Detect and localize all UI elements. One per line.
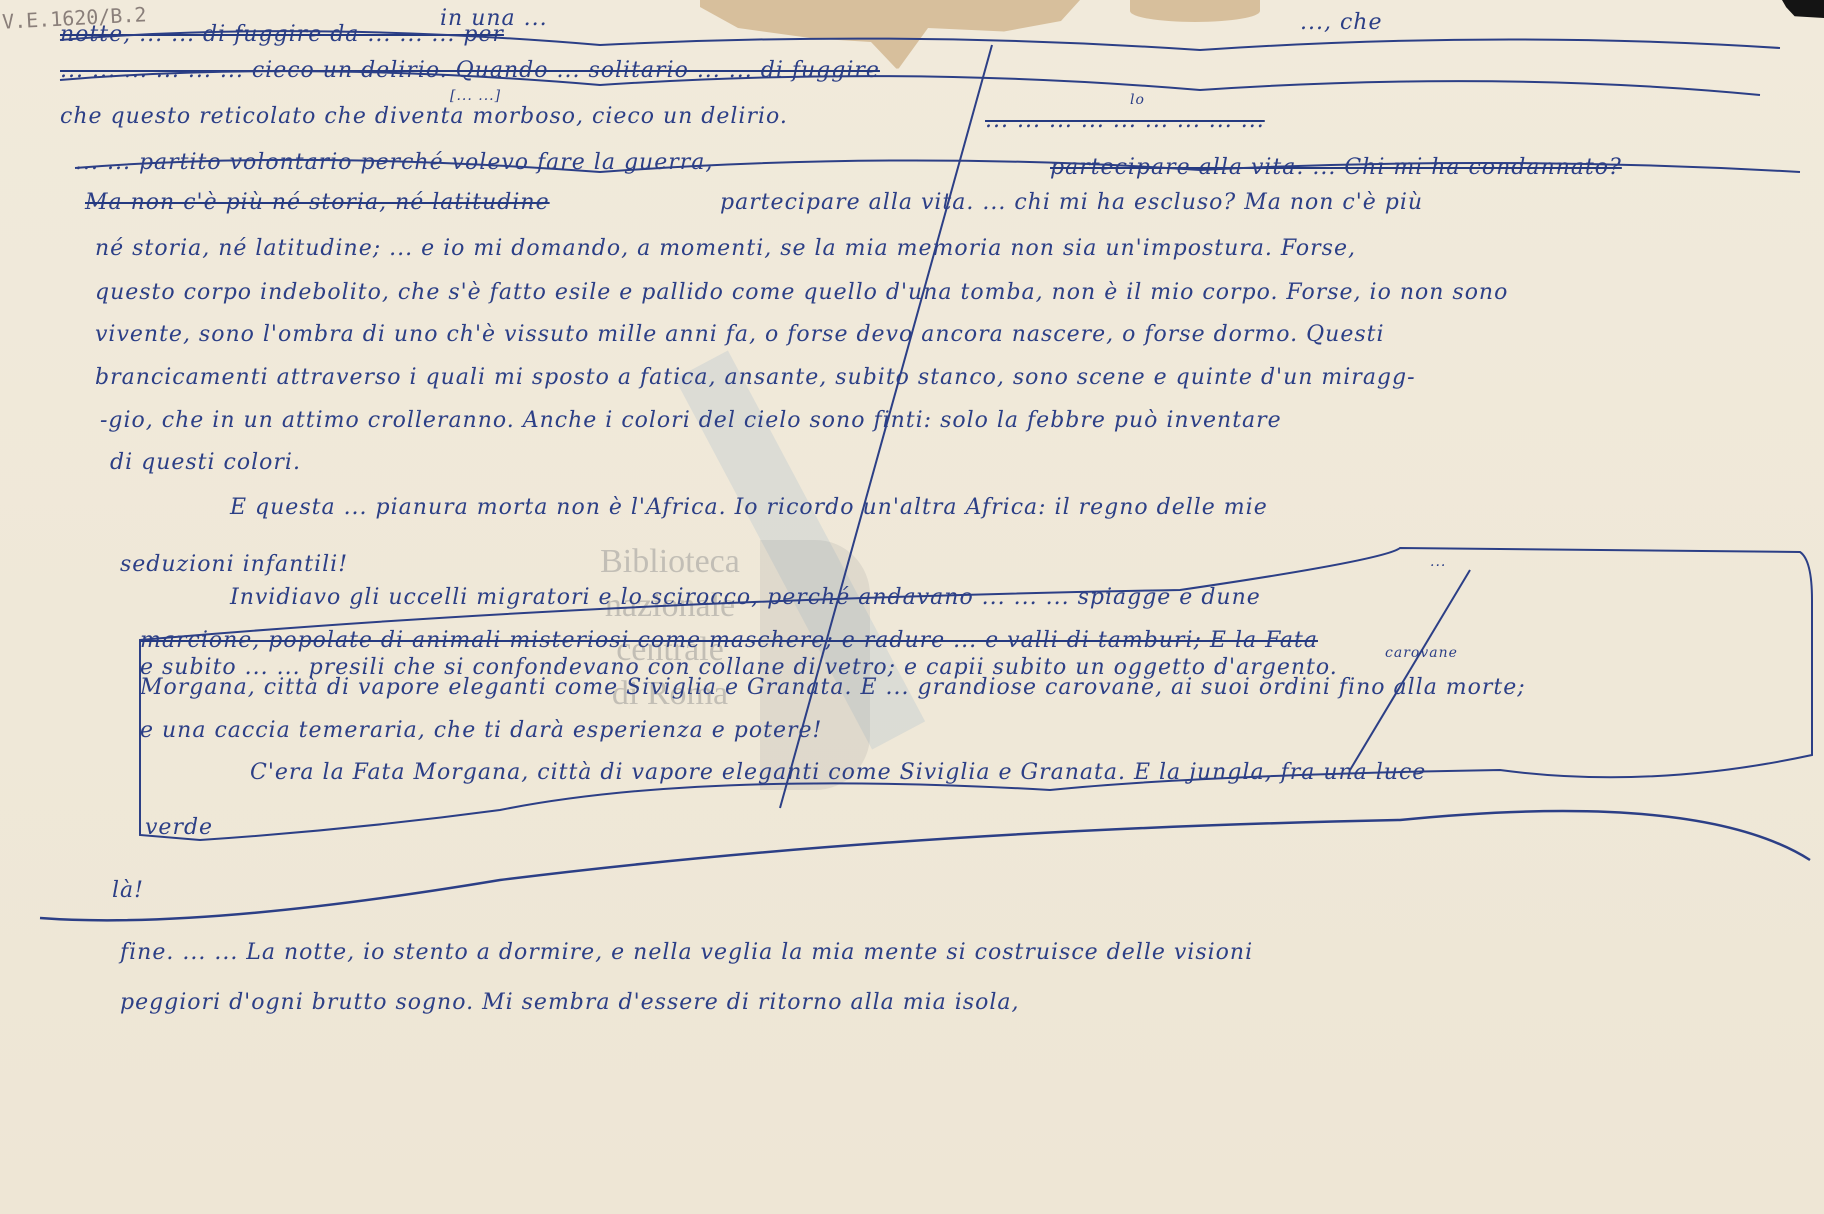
wavy-strike	[60, 71, 1760, 95]
pen-strokes	[0, 0, 1824, 1214]
cancel-diagonal-line	[780, 45, 992, 808]
cancel-diagonal-line	[1350, 570, 1470, 770]
manuscript-page: Biblioteca nazionale centrale di Roma V.…	[0, 0, 1824, 1214]
wavy-strike	[60, 31, 1780, 50]
separator-line	[40, 811, 1810, 920]
wavy-strike	[75, 160, 1800, 172]
boxed-passage-outline	[140, 548, 1812, 840]
